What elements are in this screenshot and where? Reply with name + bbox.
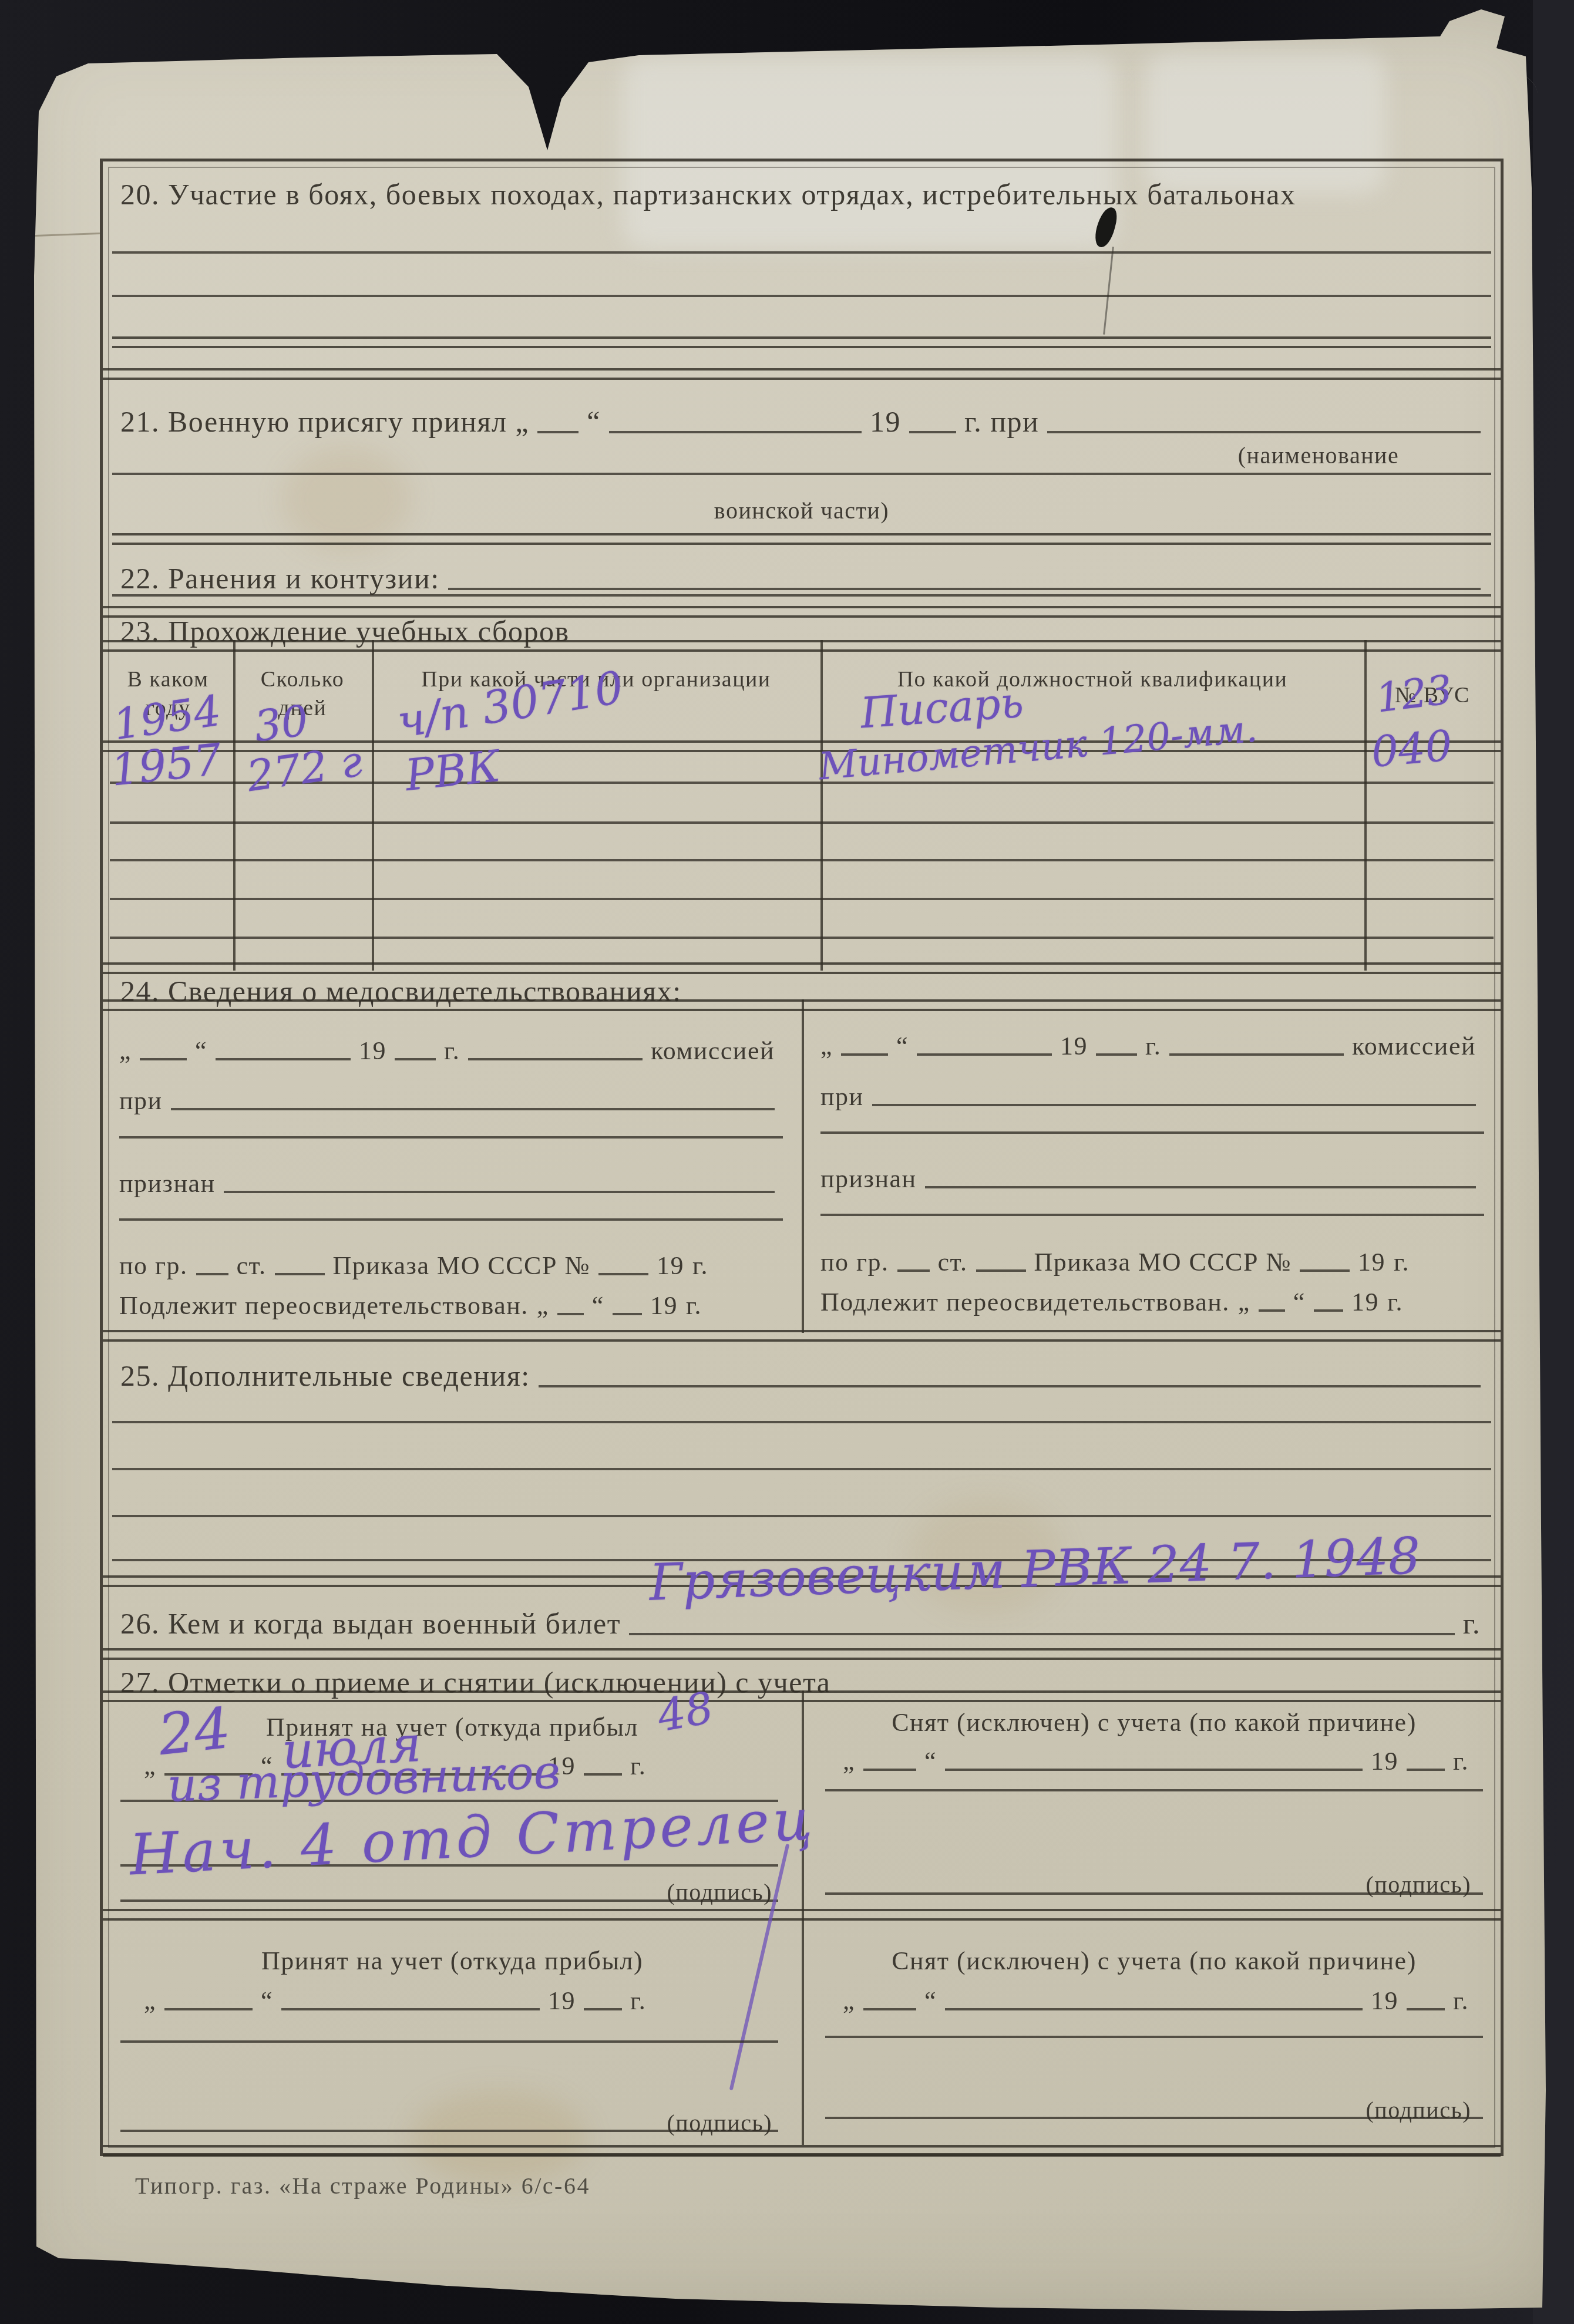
quote-open: „: [843, 1747, 855, 1777]
g-label: г.: [1453, 1986, 1469, 2016]
rule: [1407, 1769, 1445, 1771]
year-19: 19: [1351, 1288, 1379, 1318]
rule: [110, 898, 1494, 900]
column-divider: [233, 640, 236, 971]
quote-close: “: [1293, 1288, 1306, 1318]
pri-label: при: [820, 1082, 864, 1112]
rule: [468, 1058, 643, 1060]
rule: [112, 295, 1491, 297]
quote-open: „: [537, 1291, 549, 1321]
quote-open: „: [144, 1752, 156, 1781]
rule: [863, 2008, 916, 2010]
g-label: г.: [1394, 1248, 1410, 1278]
year-19: 19: [870, 405, 901, 439]
rule: [112, 473, 1491, 475]
section21-title: 21. Военную присягу принял: [120, 405, 507, 439]
g-label: г.: [1145, 1032, 1161, 1062]
table-top-border: [103, 640, 1501, 652]
rule: [112, 1468, 1491, 1470]
section20-title: 20. Участие в боях, боевых походах, парт…: [120, 178, 1483, 212]
quote-open: „: [119, 1036, 132, 1066]
priznan-label: признан: [119, 1169, 216, 1199]
section26-title: 26. Кем и когда выдан военный билет: [120, 1607, 621, 1641]
rule: [945, 2008, 1363, 2010]
rule: [841, 1053, 888, 1056]
rule: [976, 1269, 1026, 1272]
column-divider: [372, 640, 374, 971]
quote-close: “: [587, 405, 601, 439]
hw-vus-row1: 123: [1374, 666, 1455, 722]
rule: [1096, 1053, 1137, 1056]
rule: [112, 1421, 1491, 1423]
quote-open: „: [144, 1986, 156, 2016]
signature-hint: (подпись): [514, 1879, 772, 1906]
rule: [281, 2008, 540, 2010]
crease-line: [35, 233, 100, 237]
table-bottom-border: [103, 2145, 1501, 2157]
rule: [120, 2040, 778, 2043]
removed-header-row2: Снят (исключен) с учета (по какой причин…: [831, 1946, 1477, 1976]
year-19: 19: [657, 1251, 684, 1281]
rule: [820, 1131, 1484, 1134]
year-19: 19: [650, 1291, 678, 1321]
table-bottom-border: [103, 962, 1501, 974]
section-divider: [103, 1648, 1501, 1660]
rule: [825, 1892, 1483, 1895]
rule: [216, 1058, 351, 1060]
rule: [1169, 1053, 1344, 1056]
rule: [820, 1214, 1484, 1216]
rule: [584, 2008, 622, 2010]
hint-naimenovanie: (наименование: [1154, 442, 1483, 469]
hw-issued-by: Грязовецким РВК 24 7. 1948: [648, 1527, 1422, 1612]
rule: [584, 1773, 622, 1776]
g-label: г.: [630, 1752, 646, 1781]
g-label: г.: [630, 1986, 646, 2016]
g-label: г.: [1387, 1288, 1403, 1318]
quote-close: “: [924, 1986, 937, 2016]
rule: [110, 937, 1494, 939]
hw-year: 48: [654, 1682, 717, 1742]
rule: [224, 1191, 775, 1193]
rule: [897, 1269, 930, 1272]
rule: [112, 533, 1491, 545]
rule: [825, 2036, 1483, 2038]
section25-title: 25. Дополнительные сведения:: [120, 1359, 530, 1393]
po-gr-label: по гр.: [820, 1248, 889, 1278]
rule: [112, 594, 1491, 597]
quote-close: “: [261, 1986, 273, 2016]
year-19: 19: [1358, 1248, 1385, 1278]
rule: [537, 431, 579, 433]
rule: [598, 1273, 648, 1275]
hint-voinskoy-chasti: воинской части): [103, 497, 1501, 524]
pri-label: при: [119, 1086, 163, 1116]
rule: [1407, 2008, 1445, 2010]
quote-open: „: [515, 405, 529, 439]
g-label: г.: [692, 1251, 708, 1281]
g-label: г.: [686, 1291, 702, 1321]
podlezhit-label: Подлежит переосвидетельствован.: [119, 1291, 529, 1321]
quote-close: “: [896, 1032, 909, 1062]
rule: [110, 821, 1494, 824]
commission-label: комиссией: [1352, 1032, 1476, 1062]
po-gr-label: по гр.: [119, 1251, 188, 1281]
quote-open: „: [843, 1986, 855, 2016]
rule: [945, 1769, 1363, 1771]
rule: [1300, 1269, 1350, 1272]
scanned-photo: 20. Участие в боях, боевых походах, парт…: [0, 0, 1574, 2324]
rule: [629, 1633, 1454, 1635]
med-bottom-border: [103, 1330, 1501, 1342]
hw-days-30: 30: [251, 696, 311, 752]
hw-role-row1: Писарь: [859, 677, 1025, 737]
year-19: 19: [359, 1036, 386, 1066]
rule: [825, 1789, 1483, 1791]
rule: [120, 2130, 778, 2132]
print-footer: Типогр. газ. «На страже Родины» 6/с-64: [135, 2173, 590, 2200]
rule: [917, 1053, 1052, 1056]
rule: [1047, 431, 1481, 433]
column-divider: [820, 640, 823, 971]
rule: [557, 1313, 584, 1315]
g-label: г.: [1453, 1747, 1469, 1777]
rule: [395, 1058, 436, 1060]
st-label: ст.: [237, 1251, 267, 1281]
rule: [164, 2008, 253, 2010]
year-19: 19: [1371, 1747, 1398, 1777]
rule: [609, 431, 862, 433]
rule: [140, 1058, 187, 1060]
quote-open: „: [820, 1032, 833, 1062]
rule: [112, 1515, 1491, 1517]
rule: [171, 1108, 775, 1110]
rule: [112, 336, 1491, 348]
rule: [112, 251, 1491, 254]
g-label: г.: [1463, 1607, 1481, 1641]
quote-open: „: [1238, 1288, 1250, 1318]
priznan-label: признан: [820, 1164, 917, 1194]
rule: [872, 1104, 1476, 1106]
rule: [110, 859, 1494, 861]
rule: [1314, 1309, 1343, 1312]
rule: [925, 1186, 1476, 1188]
rule: [825, 2117, 1483, 2119]
hw-unit-row2: РВК: [403, 741, 503, 801]
quote-close: “: [592, 1291, 604, 1321]
g-label: г.: [444, 1036, 460, 1066]
rule: [119, 1218, 783, 1221]
hw-year-1957: 1957: [109, 734, 224, 796]
rule: [1259, 1309, 1285, 1312]
st-label: ст.: [938, 1248, 968, 1278]
podlezhit-label: Подлежит переосвидетельствован.: [820, 1288, 1230, 1318]
rule: [196, 1273, 228, 1275]
document-page: 20. Участие в боях, боевых походах, парт…: [0, 0, 1574, 2324]
quote-close: “: [195, 1036, 207, 1066]
rule: [275, 1273, 325, 1275]
year-19: 19: [548, 1986, 576, 2016]
form-frame: 20. Участие в боях, боевых походах, парт…: [100, 159, 1504, 2156]
section-divider: [103, 368, 1501, 380]
accept-header-row2: Принят на учет (откуда прибыл): [138, 1946, 766, 1976]
rule: [539, 1385, 1481, 1387]
section22-title: 22. Ранения и контузии:: [120, 562, 440, 596]
rule: [613, 1313, 642, 1315]
quote-close: “: [924, 1747, 937, 1777]
commission-label: комиссией: [651, 1036, 775, 1066]
prikaz-label: Приказа МО СССР №: [333, 1251, 590, 1281]
row-divider: [103, 1909, 1501, 1921]
rule: [120, 1899, 778, 1902]
g-pri-label: г. при: [964, 405, 1039, 439]
rule: [909, 431, 956, 433]
signature-hint: (подпись): [514, 2110, 772, 2137]
year-19: 19: [1371, 1986, 1398, 2016]
hw-vus-row2: 040: [1370, 720, 1454, 777]
removed-header-row1: Снят (исключен) с учета (по какой причин…: [831, 1708, 1477, 1738]
med-column-divider: [802, 999, 804, 1333]
rule: [448, 588, 1481, 590]
rule: [119, 1136, 783, 1139]
signature-hint: (подпись): [1189, 2097, 1471, 2124]
rule: [863, 1769, 916, 1771]
prikaz-label: Приказа МО СССР №: [1034, 1248, 1292, 1278]
year-19: 19: [1060, 1032, 1088, 1062]
